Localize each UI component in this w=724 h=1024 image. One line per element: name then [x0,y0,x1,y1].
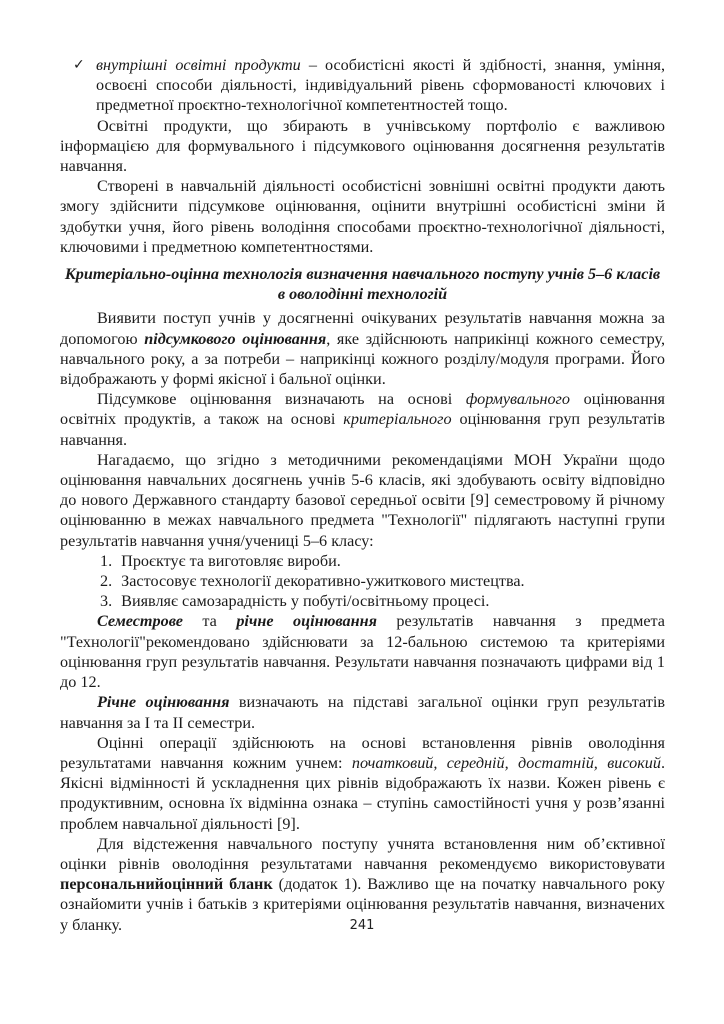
text-run: Підсумкове оцінювання визначають на осно… [97,390,466,408]
section-heading: Критеріально-оцінна технологія визначенн… [60,264,665,304]
list-item-number: 3. [100,591,112,611]
list-item-number: 2. [100,571,112,591]
text-run: річне оцінювання [236,612,377,630]
paragraph-vyiavyty-postup: Виявити поступ учнів у досягненні очікув… [60,308,665,389]
text-run: Річне оцінювання [97,693,229,711]
text-run: критеріального [343,410,451,428]
list-item-number: 1. [100,551,112,571]
paragraph-richne: Річне оцінювання визначають на підставі … [60,692,665,732]
text-run: Створені в навчальній діяльності особист… [60,177,665,256]
text-run: підсумкового оцінювання [144,330,326,348]
text-run: внутрішні освітні продукти [96,56,301,74]
page-number: 241 [0,918,724,933]
numbered-list: 1.Проєктує та виготовляє вироби. 2.Засто… [60,551,665,612]
paragraph-semestrove: Семестрове та річне оцінювання результат… [60,611,665,692]
text-run: персональнийоцінний бланк [60,875,273,893]
page-content: ✓ внутрішні освітні продукти – особистіс… [60,55,665,935]
text-run: формувального [466,390,570,408]
list-item-text: Проєктує та виготовляє вироби. [121,552,341,570]
text-run: початковий, середній, достатній, високий [352,754,661,772]
text-run: Семестрове [97,612,183,630]
text-run: Проєктує та виготовляє вироби. [121,552,341,570]
text-run: Нагадаємо, що згідно з методичними реком… [60,451,665,550]
paragraph-pidsumkove: Підсумкове оцінювання визначають на осно… [60,389,665,450]
text-run: та [183,612,236,630]
bullet-paragraph-text: внутрішні освітні продукти – особистісні… [96,56,665,114]
paragraph-stvoreni: Створені в навчальній діяльності особист… [60,176,665,257]
list-item-text: Виявляє самозарадність у побуті/освітньо… [121,592,489,610]
text-run: Для відстеження навчального поступу учня… [60,835,665,873]
list-item-text: Застосовує технології декоративно-ужитко… [121,572,524,590]
bullet-paragraph: ✓ внутрішні освітні продукти – особистіс… [60,55,665,116]
text-run: Освітні продукти, що збирають в учнівськ… [60,117,665,175]
document-page: ✓ внутрішні освітні продукти – особистіс… [0,0,724,1024]
text-run: Застосовує технології декоративно-ужитко… [121,572,524,590]
text-run: Критеріально-оцінна технологія визначенн… [65,265,660,303]
text-run: Виявляє самозарадність у побуті/освітньо… [121,592,489,610]
list-item: 1.Проєктує та виготовляє вироби. [60,551,665,571]
paragraph-nahadaiemo: Нагадаємо, що згідно з методичними реком… [60,450,665,551]
paragraph-osvitni-produkty: Освітні продукти, що збирають в учнівськ… [60,116,665,177]
list-item: 3.Виявляє самозарадність у побуті/освітн… [60,591,665,611]
list-item: 2.Застосовує технології декоративно-ужит… [60,571,665,591]
paragraph-otsinni-operatsii: Оцінні операції здійснюють на основі вст… [60,733,665,834]
checkmark-icon: ✓ [73,55,85,75]
